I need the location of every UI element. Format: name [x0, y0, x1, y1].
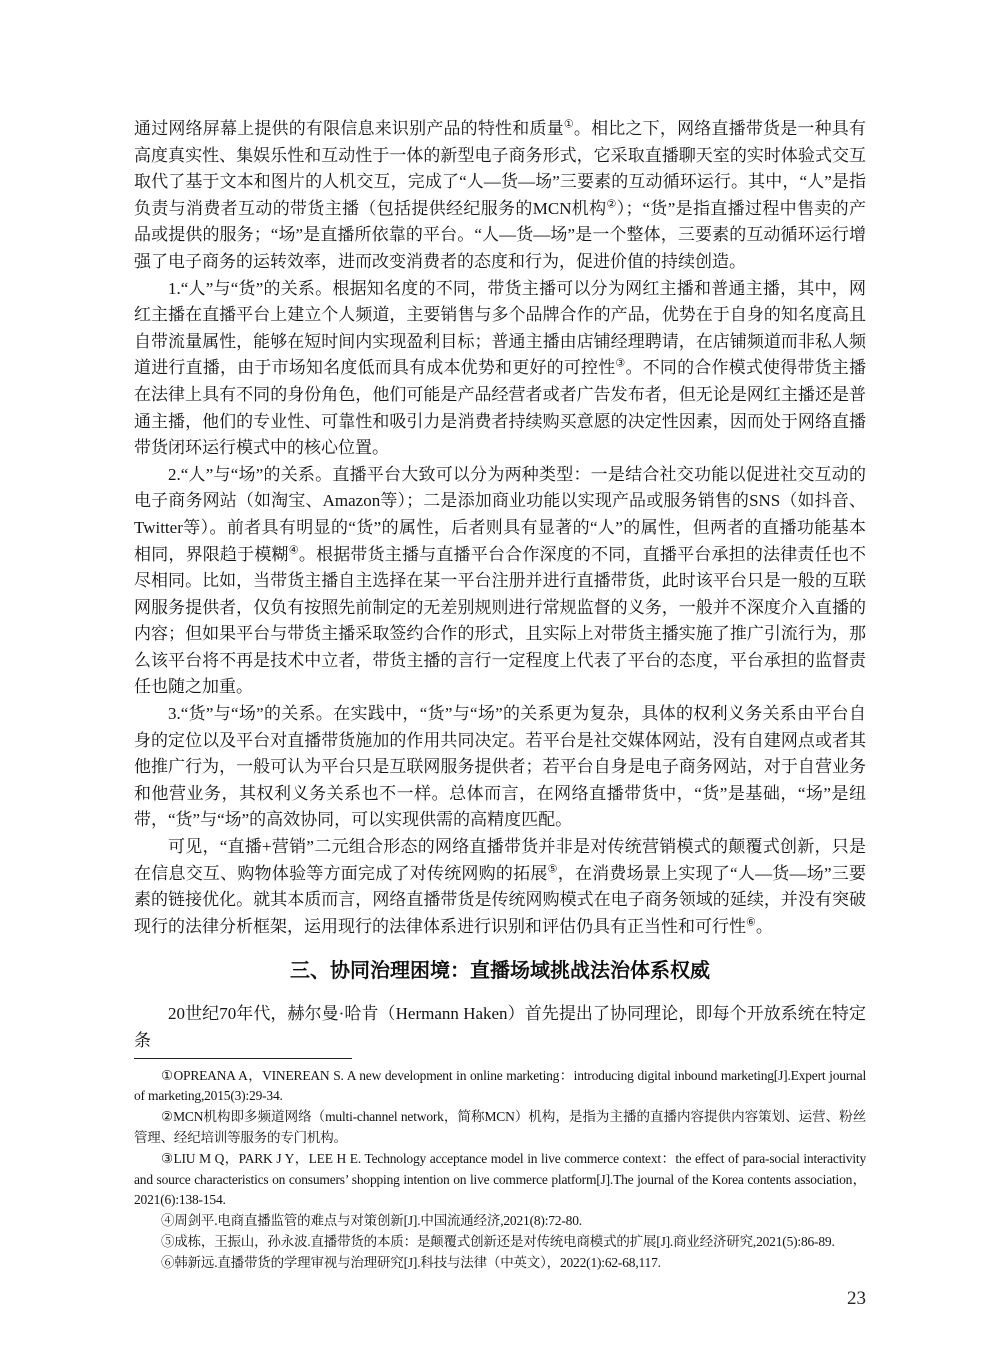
footnote-item: ⑥韩新远.直播带货的学理审视与治理研究[J].科技与法律（中英文），2022(1… [134, 1253, 866, 1274]
paragraph: 3.“货”与“场”的关系。在实践中，“货”与“场”的关系更为复杂，具体的权利义务… [134, 701, 866, 834]
footnote-item: ⑤成栋，王振山，孙永波.直播带货的本质：是颠覆式创新还是对传统电商模式的扩展[J… [134, 1232, 866, 1253]
footnote-item: ①OPREANA A，VINEREAN S. A new development… [134, 1066, 866, 1108]
footnote-separator [134, 1058, 352, 1059]
body-paragraphs: 通过网络屏幕上提供的有限信息来识别产品的特性和质量①。相比之下，网络直播带货是一… [134, 116, 866, 940]
text-run: 20世纪70年代，赫尔曼·哈肯（Hermann Haken）首先提出了协同理论，… [134, 1004, 866, 1050]
footnote-ref: ④ [289, 544, 299, 556]
footnote-ref: ③ [615, 358, 625, 370]
text-run: 。根据带货主播与直播平台合作深度的不同，直播平台承担的法律责任也不尽相同。比如，… [134, 545, 866, 697]
footnote-item: ②MCN机构即多频道网络（multi-channel network，简称MCN… [134, 1107, 866, 1149]
paragraph: 20世纪70年代，赫尔曼·哈肯（Hermann Haken）首先提出了协同理论，… [134, 1001, 866, 1054]
footnote-ref: ⑥ [746, 916, 756, 928]
page: 通过网络屏幕上提供的有限信息来识别产品的特性和质量①。相比之下，网络直播带货是一… [0, 0, 1000, 1347]
text-run: 通过网络屏幕上提供的有限信息来识别产品的特性和质量 [134, 119, 564, 138]
footnote-ref: ② [606, 198, 616, 210]
paragraph: 2.“人”与“场”的关系。直播平台大致可以分为两种类型：一是结合社交功能以促进社… [134, 462, 866, 701]
footnote-ref: ⑤ [548, 863, 558, 875]
page-number: 23 [134, 1287, 866, 1311]
footnotes: ①OPREANA A，VINEREAN S. A new development… [134, 1066, 866, 1274]
paragraph: 可见，“直播+营销”二元组合形态的网络直播带货并非是对传统营销模式的颠覆式创新，… [134, 834, 866, 940]
paragraph: 1.“人”与“货”的关系。根据知名度的不同，带货主播可以分为网红主播和普通主播，… [134, 276, 866, 462]
footnote-item: ④周剑平.电商直播监管的难点与对策创新[J].中国流通经济,2021(8):72… [134, 1211, 866, 1232]
footnote-item: ③LIU M Q，PARK J Y，LEE H E. Technology ac… [134, 1149, 866, 1211]
footnote-ref: ① [564, 118, 574, 130]
paragraph: 通过网络屏幕上提供的有限信息来识别产品的特性和质量①。相比之下，网络直播带货是一… [134, 116, 866, 276]
text-run: 。 [756, 917, 773, 936]
article-body: 通过网络屏幕上提供的有限信息来识别产品的特性和质量①。相比之下，网络直播带货是一… [134, 116, 866, 1311]
text-run: 3.“货”与“场”的关系。在实践中，“货”与“场”的关系更为复杂，具体的权利义务… [134, 704, 866, 829]
body-paragraphs-after: 20世纪70年代，赫尔曼·哈肯（Hermann Haken）首先提出了协同理论，… [134, 1001, 866, 1054]
section-heading: 三、协同治理困境：直播场域挑战法治体系权威 [134, 955, 866, 987]
